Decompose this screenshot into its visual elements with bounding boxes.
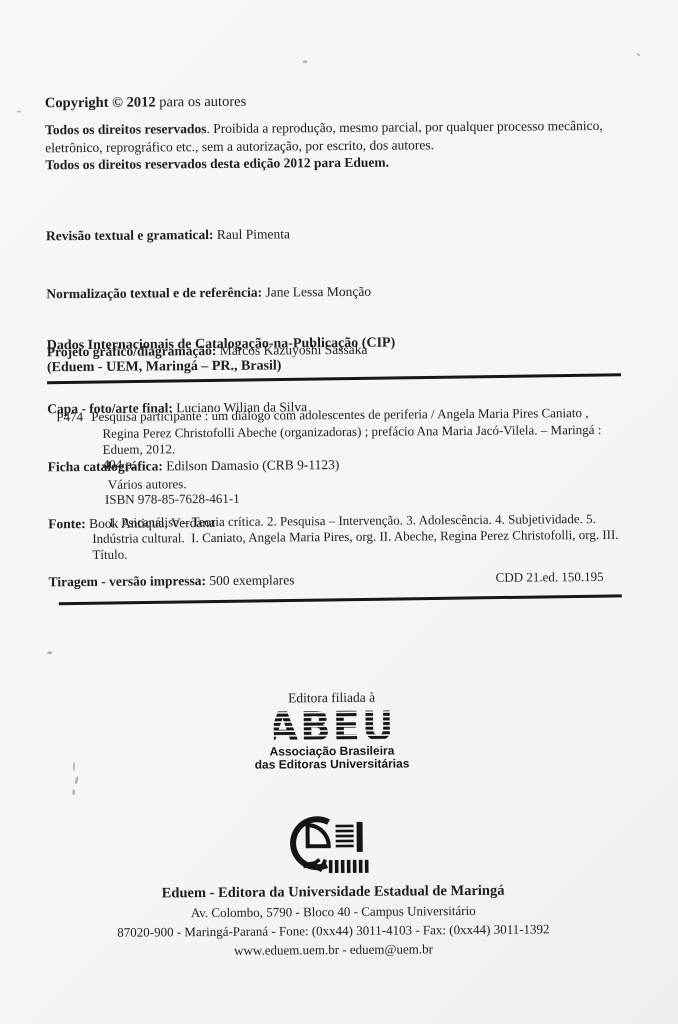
cip-call-number: P474 (56, 409, 83, 425)
cip-line: 404 p. (103, 457, 136, 473)
eduem-logo (22, 811, 643, 885)
rights-line-2: eletrônico, reprográfico etc., sem a aut… (45, 137, 434, 156)
credit-value: Edilson Damasio (CRB 9-1123) (166, 457, 339, 473)
scan-speck (47, 651, 52, 654)
publisher-address: Av. Colombo, 5790 - Bloco 40 - Campus Un… (23, 902, 643, 923)
credit-label: Revisão textual e gramatical: (46, 227, 217, 243)
scan-speck (17, 110, 21, 112)
copyright-line: Copyright © 2012 para os autores (45, 94, 246, 113)
scan-speck (73, 762, 75, 771)
credit-row: Revisão textual e gramatical: Raul Pimen… (46, 224, 371, 246)
credit-value: Raul Pimenta (217, 227, 290, 243)
credit-label: Tiragem - versão impressa: (49, 573, 210, 589)
cip-line: Eduem, 2012. (103, 441, 176, 458)
credit-label: Normalização textual e de referência: (46, 285, 265, 302)
credit-value: 500 exemplares (209, 572, 294, 588)
cdd-classification: CDD 21.ed. 150.195 (496, 569, 604, 586)
scan-speck (636, 53, 640, 57)
cip-subject-line: Indústria cultural. I. Caniato, Angela M… (92, 527, 618, 547)
cip-subject-line: Título. (92, 547, 127, 563)
credit-value: Jane Lessa Monção (265, 284, 371, 300)
scanned-page: Copyright © 2012 para os autores Todos o… (0, 0, 678, 1024)
rights-line-1-bold: Todos os direitos reservados (45, 121, 207, 137)
publisher-web-email: www.eduem.uem.br - eduem@uem.br (23, 940, 643, 961)
publisher-name: Eduem - Editora da Universidade Estadual… (23, 882, 643, 904)
copyright-holder: para os autores (156, 94, 247, 111)
credit-row: Ficha catalográfica: Edilson Damasio (CR… (48, 455, 373, 477)
credit-row: Tiragem - versão impressa: 500 exemplare… (49, 570, 374, 592)
rights-line-3: Todos os direitos reservados desta ediçã… (45, 155, 389, 174)
scan-speck (74, 776, 79, 784)
abeu-logo-text: ABEU (274, 704, 390, 745)
scan-speck (303, 60, 308, 63)
cip-heading-line-1: Dados Internacionais de Catalogação-na-P… (47, 336, 396, 355)
cip-heading-line-2: (Eduem - UEM, Maringá – PR., Brasil) (47, 358, 282, 376)
scan-speck (72, 789, 75, 795)
cip-isbn: ISBN 978-85-7628-461-1 (105, 491, 240, 508)
publisher-phone-fax: 87020-900 - Maringá-Paraná - Fone: (0xx4… (23, 921, 643, 942)
credit-row: Normalização textual e de referência: Ja… (46, 282, 371, 304)
rights-line-1-rest: . Proibida a reprodução, mesmo parcial, … (206, 118, 602, 136)
credit-label: Fonte: (48, 516, 89, 531)
eduem-logo-icon (276, 813, 388, 878)
abeu-logo-icon: ABEU (274, 704, 390, 745)
rights-line-1: Todos os direitos reservados. Proibida a… (45, 118, 603, 138)
cip-line: Regina Perez Christofolli Abeche (organi… (102, 422, 601, 442)
copyright-year: Copyright © 2012 (45, 94, 156, 111)
